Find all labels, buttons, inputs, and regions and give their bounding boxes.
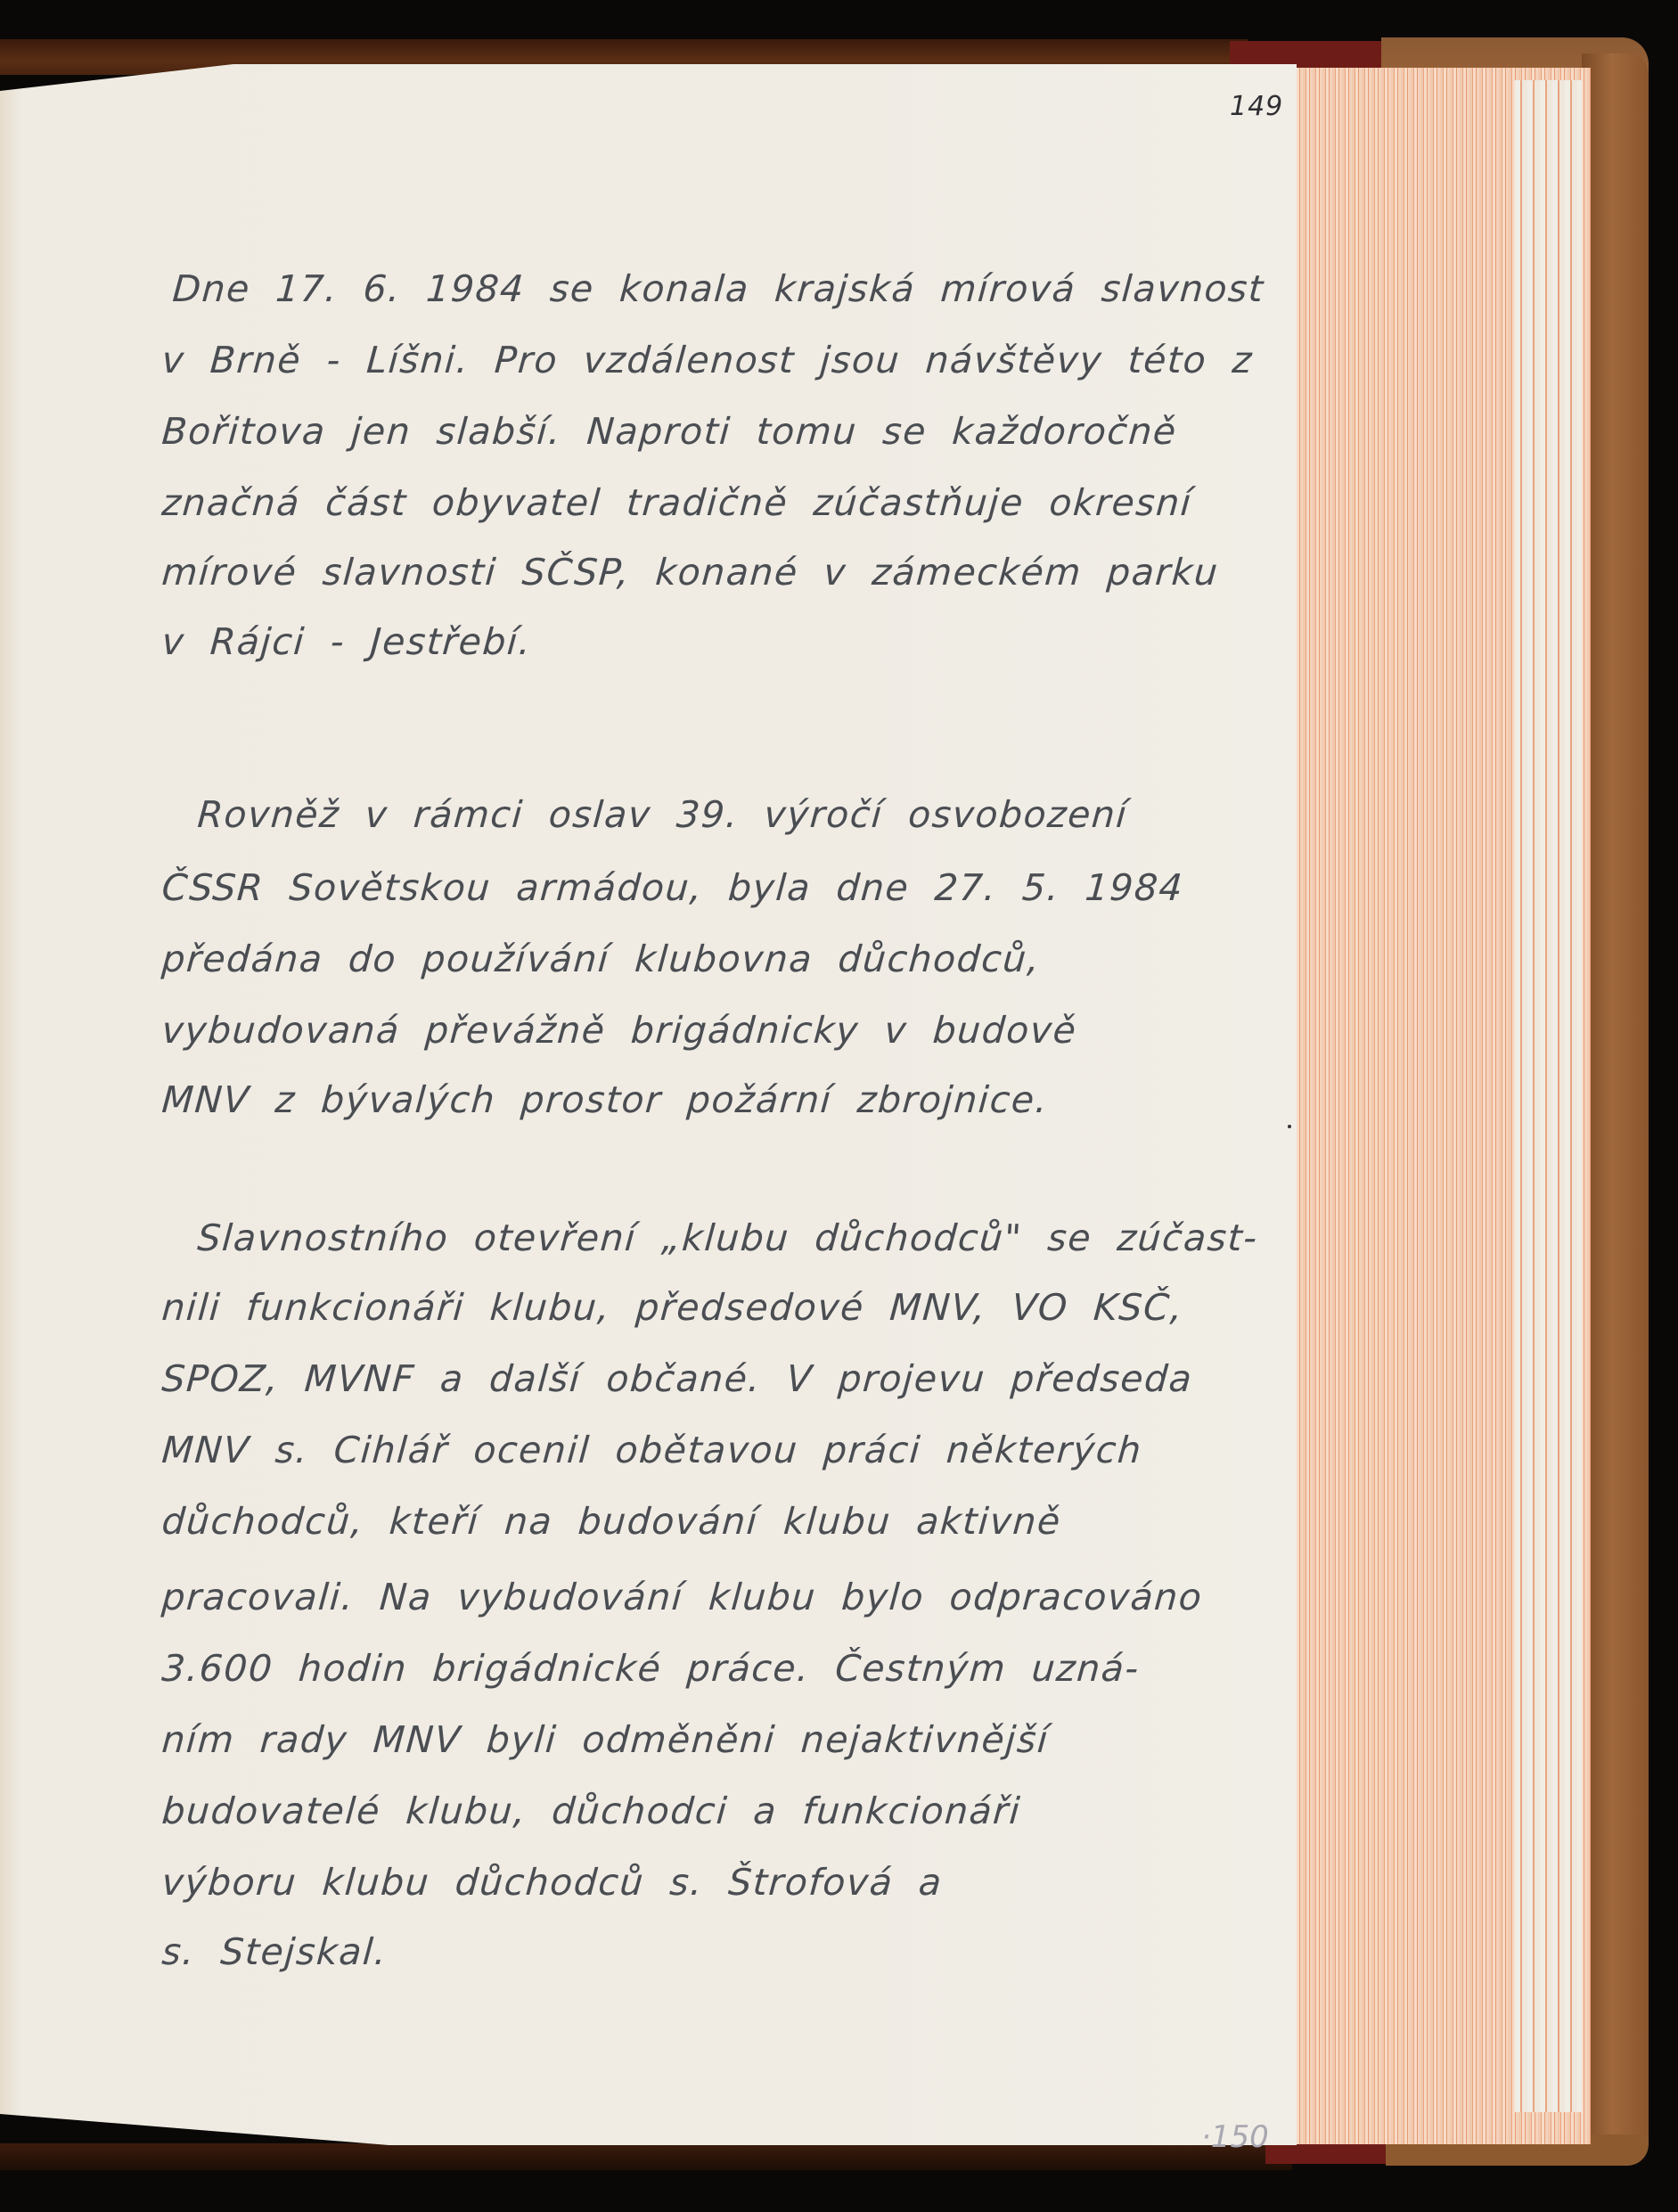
page-number-top: 149	[1230, 91, 1283, 122]
page-number-bottom: ·150	[1201, 2119, 1269, 2155]
text-line: Dne 17. 6. 1984 se konala krajská mírová…	[171, 267, 1265, 310]
book: 149 ·150 Dne 17. 6. 1984 se konala krajs…	[0, 0, 1678, 2212]
page-stack-inner-edge	[1515, 80, 1582, 2112]
text-line: výboru klubu důchodců s. Štrofová a	[160, 1861, 944, 1904]
text-line: důchodců, kteří na budování klubu aktivn…	[160, 1500, 1062, 1543]
ink-dot	[1288, 1125, 1291, 1128]
text-line: vybudovaná převážně brigádnicky v budově	[160, 1009, 1078, 1052]
text-line: budovatelé klubu, důchodci a funkcionáři	[160, 1790, 1022, 1832]
text-line: ním rady MNV byli odměněni nejaktivnější	[160, 1718, 1051, 1761]
text-line: MNV z bývalých prostor požární zbrojnice…	[160, 1078, 1050, 1121]
text-line: v Brně - Líšni. Pro vzdálenost jsou návš…	[160, 339, 1254, 381]
text-line: předána do používání klubovna důchodců,	[160, 938, 1042, 980]
text-line: pracovali. Na vybudování klubu bylo odpr…	[160, 1576, 1204, 1618]
text-line: Bořitova jen slabší. Naproti tomu se kaž…	[160, 410, 1178, 453]
text-line: mírové slavnosti SČSP, konané v zámeckém…	[160, 551, 1220, 594]
cover-right-edge	[1582, 53, 1649, 2157]
text-line: Rovněž v rámci oslav 39. výročí osvoboze…	[196, 793, 1129, 836]
text-line: SPOZ, MVNF a další občané. V projevu pře…	[160, 1357, 1194, 1400]
text-line: Slavnostního otevření „klubu důchodců" s…	[196, 1217, 1259, 1259]
text-line: s. Stejskal.	[160, 1930, 389, 1973]
text-line: ČSSR Sovětskou armádou, byla dne 27. 5. …	[160, 866, 1185, 909]
text-line: v Rájci - Jestřebí.	[160, 620, 533, 663]
text-line: značná část obyvatel tradičně zúčastňuje…	[160, 481, 1193, 524]
text-line: nili funkcionáři klubu, předsedové MNV, …	[160, 1286, 1185, 1329]
cover-bottom-edge	[0, 2143, 1292, 2170]
text-line: 3.600 hodin brigádnické práce. Čestným u…	[160, 1647, 1141, 1690]
text-line: MNV s. Cihlář ocenil obětavou práci někt…	[160, 1429, 1143, 1471]
